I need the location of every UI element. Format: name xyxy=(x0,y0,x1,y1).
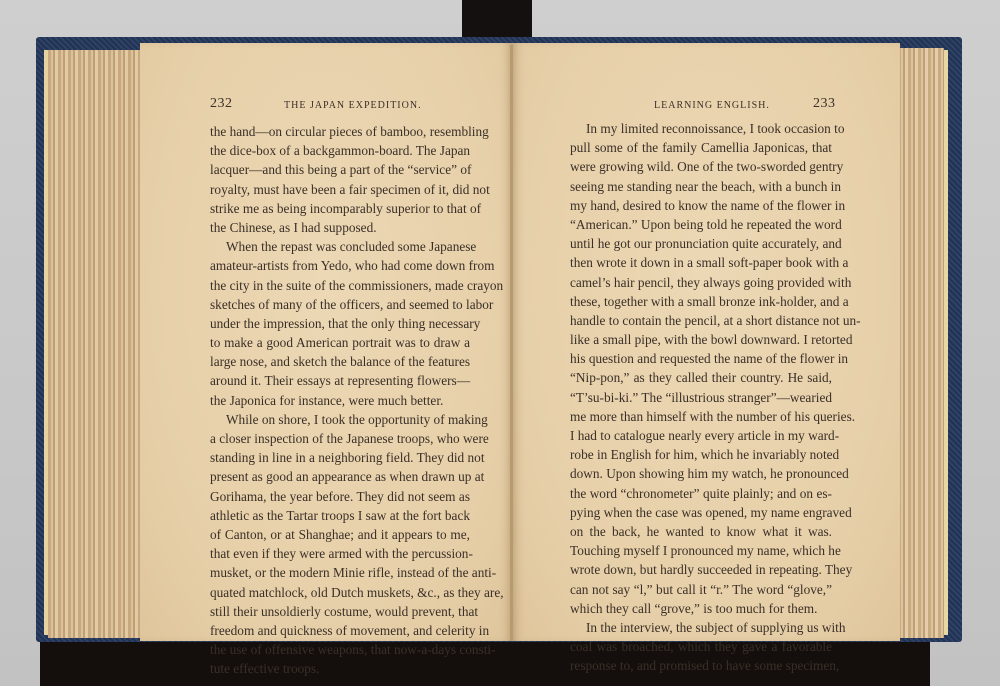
page-edges-left xyxy=(48,50,140,638)
right-page-body: In my limited reconnoissance, I took occ… xyxy=(570,119,832,675)
left-running-head: THE JAPAN EXPEDITION. xyxy=(284,100,422,111)
text-line: the city in the suite of the commissione… xyxy=(210,276,470,295)
text-line: musket, or the modern Minie rifle, inste… xyxy=(210,563,470,582)
page-edges-right xyxy=(898,48,944,638)
text-line: royalty, must have been a fair specimen … xyxy=(210,180,470,199)
text-line: Touching myself I pronounced my name, wh… xyxy=(570,541,832,560)
text-line: these, together with a small bronze ink-… xyxy=(570,292,832,311)
right-page-number: 233 xyxy=(813,96,836,112)
text-line: In the interview, the subject of supplyi… xyxy=(570,618,832,637)
text-line: of Canton, or at Shanghae; and it appear… xyxy=(210,525,470,544)
text-line: “Nip-pon,” as they called their country.… xyxy=(570,368,832,387)
text-line: pull some of the family Camellia Japonic… xyxy=(570,138,832,157)
text-line: lacquer—and this being a part of the “se… xyxy=(210,160,470,179)
text-line: were growing wild. One of the two-sworde… xyxy=(570,157,832,176)
text-line: handle to contain the pencil, at a short… xyxy=(570,311,832,330)
text-line: tute effective troops. xyxy=(210,659,470,678)
text-line: While on shore, I took the opportunity o… xyxy=(210,410,470,429)
text-line: a closer inspection of the Japanese troo… xyxy=(210,429,470,448)
text-line: Gorihama, the year before. They did not … xyxy=(210,487,470,506)
text-line: quated matchlock, old Dutch muskets, &c.… xyxy=(210,583,470,602)
text-line: which they call “grove,” is too much for… xyxy=(570,599,832,618)
left-page-body: the hand—on circular pieces of bamboo, r… xyxy=(210,122,470,678)
text-line: When the repast was concluded some Japan… xyxy=(210,237,470,256)
book-gutter xyxy=(510,45,513,641)
text-line: “T’su-bi-ki.” The “illustrious stranger”… xyxy=(570,388,832,407)
text-line: the word “chronometer” quite plainly; an… xyxy=(570,484,832,503)
text-line: the Chinese, as I had supposed. xyxy=(210,218,470,237)
text-line: seeing me standing near the beach, with … xyxy=(570,177,832,196)
text-line: still their unsoldierly costume, would p… xyxy=(210,602,470,621)
text-line: on the back, he wanted to know what it w… xyxy=(570,522,832,541)
text-line: sketches of many of the officers, and se… xyxy=(210,295,470,314)
text-line: that even if they were armed with the pe… xyxy=(210,544,470,563)
text-line: In my limited reconnoissance, I took occ… xyxy=(570,119,832,138)
text-line: my hand, desired to know the name of the… xyxy=(570,196,832,215)
text-line: under the impression, that the only thin… xyxy=(210,314,470,333)
text-line: standing in line in a neighboring field.… xyxy=(210,448,470,467)
text-line: to make a good American portrait was to … xyxy=(210,333,470,352)
text-line: strike me as being incomparably superior… xyxy=(210,199,470,218)
text-line: down. Upon showing him my watch, he pron… xyxy=(570,464,832,483)
text-line: amateur-artists from Yedo, who had come … xyxy=(210,256,470,275)
text-line: me more than himself with the number of … xyxy=(570,407,832,426)
text-line: the use of offensive weapons, that now-a… xyxy=(210,640,470,659)
text-line: “American.” Upon being told he repeated … xyxy=(570,215,832,234)
text-line: camel’s hair pencil, they always going p… xyxy=(570,273,832,292)
text-line: until he got our pronunciation quite acc… xyxy=(570,234,832,253)
text-line: can not say “l,” but call it “r.” The wo… xyxy=(570,580,832,599)
text-line: then wrote it down in a small soft-paper… xyxy=(570,253,832,272)
text-line: wrote down, but hardly succeeded in repe… xyxy=(570,560,832,579)
text-line: the dice-box of a backgammon-board. The … xyxy=(210,141,470,160)
text-line: pying when the case was opened, my name … xyxy=(570,503,832,522)
text-line: response to, and promised to have some s… xyxy=(570,656,832,675)
text-line: I had to catalogue nearly every article … xyxy=(570,426,832,445)
text-line: present as good an appearance as when dr… xyxy=(210,467,470,486)
text-line: his question and requested the name of t… xyxy=(570,349,832,368)
text-line: robe in English for him, which he invari… xyxy=(570,445,832,464)
left-page-number: 232 xyxy=(210,96,233,112)
text-line: like a small pipe, with the bowl downwar… xyxy=(570,330,832,349)
text-line: the Japonica for instance, were much bet… xyxy=(210,391,470,410)
text-line: coal was broached, which they gave a fav… xyxy=(570,637,832,656)
text-line: around it. Their essays at representing … xyxy=(210,371,470,390)
text-line: athletic as the Tartar troops I saw at t… xyxy=(210,506,470,525)
text-line: large nose, and sketch the balance of th… xyxy=(210,352,470,371)
right-running-head: LEARNING ENGLISH. xyxy=(654,100,770,111)
text-line: the hand—on circular pieces of bamboo, r… xyxy=(210,122,470,141)
text-line: freedom and quickness of movement, and c… xyxy=(210,621,470,640)
